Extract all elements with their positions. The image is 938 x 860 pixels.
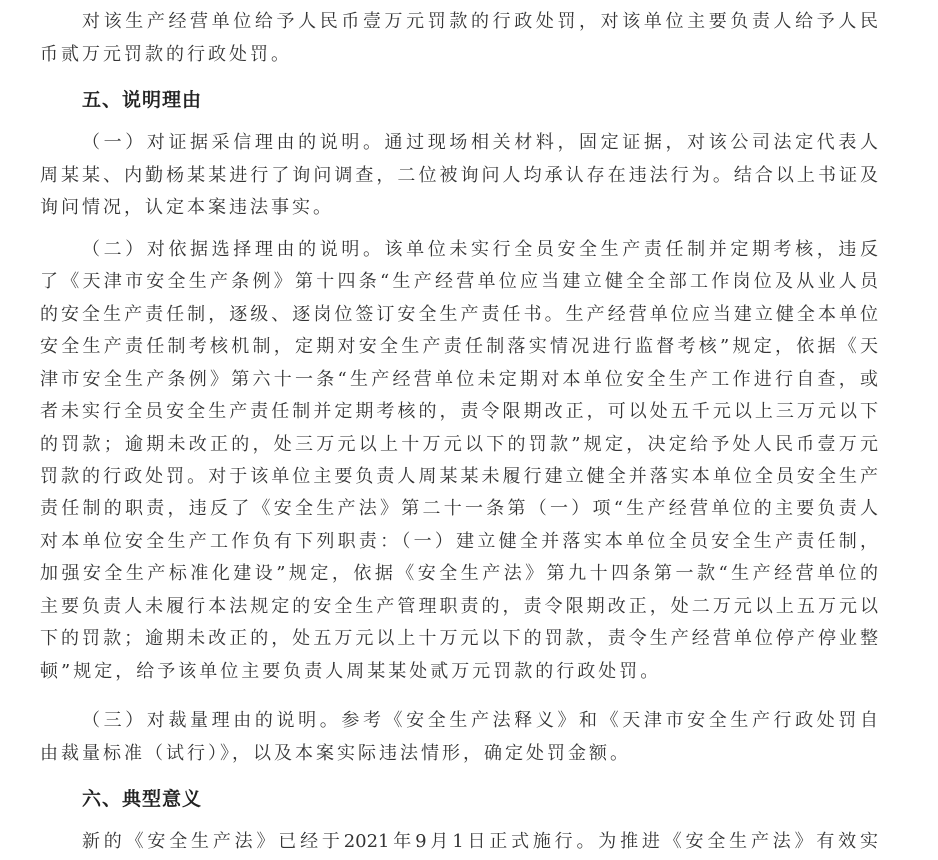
text-line: 对本单位安全生产工作负有下列职责：（一）建立健全并落实本单位全员安全生产责任制， (40, 526, 878, 558)
text-line: 者未实行全员安全生产责任制并定期考核的，责令限期改正，可以处五千元以上三万元以下 (40, 396, 878, 428)
text-line: 主要负责人未履行本法规定的安全生产管理职责的，责令限期改正，处二万元以上五万元以 (40, 591, 878, 623)
text-line: 顿”规定，给予该单位主要负责人周某某处贰万元罚款的行政处罚。 (40, 656, 878, 688)
section-heading: 五、说明理由 (82, 84, 202, 116)
text-line: 责任制的职责，违反了《安全生产法》第二十一条第（一）项“生产经营单位的主要负责人 (40, 493, 878, 525)
text-line: 罚款的行政处罚。对于该单位主要负责人周某某未履行建立健全并落实本单位全员安全生产 (40, 461, 878, 493)
text-line: 了《天津市安全生产条例》第十四条“生产经营单位应当建立健全全部工作岗位及从业人员 (40, 266, 878, 298)
text-line: 对该生产经营单位给予人民币壹万元罚款的行政处罚，对该单位主要负责人给予人民 (82, 6, 878, 38)
text-line: 周某某、内勤杨某某进行了询问调查，二位被询问人均承认存在违法行为。结合以上书证及 (40, 160, 878, 192)
text-line: 币贰万元罚款的行政处罚。 (40, 39, 878, 71)
text-line: （三）对裁量理由的说明。参考《安全生产法释义》和《天津市安全生产行政处罚自 (82, 705, 878, 737)
text-line: 新的《安全生产法》已经于2021年9月1日正式施行。为推进《安全生产法》有效实 (82, 826, 878, 858)
text-line: （一）对证据采信理由的说明。通过现场相关材料，固定证据，对该公司法定代表人 (82, 127, 878, 159)
text-line: 加强安全生产标准化建设”规定，依据《安全生产法》第九十四条第一款“生产经营单位的 (40, 558, 878, 590)
text-line: 安全生产责任制考核机制，定期对安全生产责任制落实情况进行监督考核”规定，依据《天 (40, 331, 878, 363)
text-line: 的安全生产责任制，逐级、逐岗位签订安全生产责任书。生产经营单位应当建立健全本单位 (40, 299, 878, 331)
text-line: 下的罚款；逾期未改正的，处五万元以上十万元以下的罚款，责令生产经营单位停产停业整 (40, 623, 878, 655)
section-heading: 六、典型意义 (82, 783, 202, 815)
text-line: 由裁量标准（试行）》，以及本案实际违法情形，确定处罚金额。 (40, 738, 878, 770)
text-line: 询问情况，认定本案违法事实。 (40, 192, 878, 224)
text-line: 的罚款；逾期未改正的，处三万元以上十万元以下的罚款”规定，决定给予处人民币壹万元 (40, 429, 878, 461)
text-line: （二）对依据选择理由的说明。该单位未实行全员安全生产责任制并定期考核，违反 (82, 234, 878, 266)
text-line: 津市安全生产条例》第六十一条“生产经营单位未定期对本单位安全生产工作进行自查，或 (40, 364, 878, 396)
